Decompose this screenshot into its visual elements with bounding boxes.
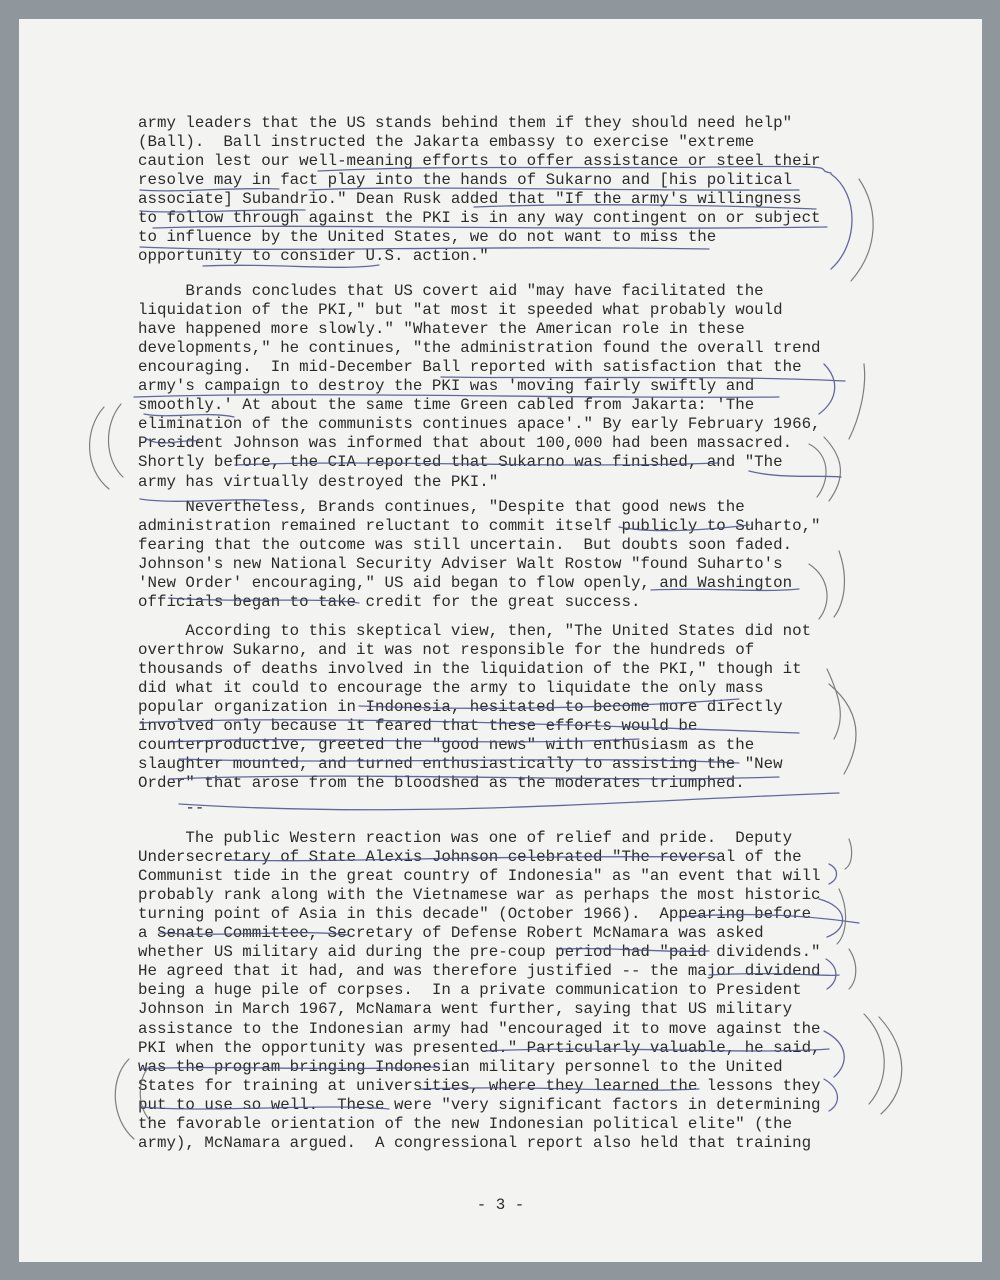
text-line: thousands of deaths involved in the liqu… [138, 660, 802, 679]
text-line: the favorable orientation of the new Ind… [138, 1115, 792, 1134]
text-line: Johnson in March 1967, McNamara went fur… [138, 1000, 792, 1019]
text-line: fearing that the outcome was still uncer… [138, 536, 792, 555]
text-line: army), McNamara argued. A congressional … [138, 1134, 811, 1153]
text-line: did what it could to encourage the army … [138, 679, 764, 698]
text-line: have happened more slowly." "Whatever th… [138, 320, 745, 339]
text-line: According to this skeptical view, then, … [138, 622, 811, 641]
text-line: to follow through against the PKI is in … [138, 209, 821, 228]
text-line: army has virtually destroyed the PKI." [138, 473, 498, 492]
text-line: being a huge pile of corpses. In a priva… [138, 981, 802, 1000]
text-line: turning point of Asia in this decade" (O… [138, 905, 811, 924]
text-line: Johnson's new National Security Adviser … [138, 555, 783, 574]
text-line: administration remained reluctant to com… [138, 517, 821, 536]
section-separator: -- [138, 799, 204, 818]
text-line: He agreed that it had, and was therefore… [138, 962, 821, 981]
text-line: popular organization in Indonesia, hesit… [138, 698, 783, 717]
text-line: encouraging. In mid-December Ball report… [138, 358, 802, 377]
text-line: States for training at universities, whe… [138, 1077, 821, 1096]
text-line: Communist tide in the great country of I… [138, 867, 821, 886]
text-line: officials began to take credit for the g… [138, 593, 640, 612]
text-line: Undersecretary of State Alexis Johnson c… [138, 848, 802, 867]
text-line: put to use so well. These were "very sig… [138, 1096, 821, 1115]
text-line: overthrow Sukarno, and it was not respon… [138, 641, 754, 660]
text-line: caution lest our well-meaning efforts to… [138, 152, 821, 171]
text-line: Brands concludes that US covert aid "may… [138, 282, 764, 301]
text-line: President Johnson was informed that abou… [138, 434, 792, 453]
text-line: resolve may in fact play into the hands … [138, 171, 792, 190]
text-line: to influence by the United States, we do… [138, 228, 716, 247]
text-line: involved only because it feared that the… [138, 717, 697, 736]
text-line: Shortly before, the CIA reported that Su… [138, 453, 783, 472]
text-line: 'New Order' encouraging," US aid began t… [138, 574, 792, 593]
text-line: a Senate Committee, Secretary of Defense… [138, 924, 764, 943]
text-line: slaughter mounted, and turned enthusiast… [138, 755, 783, 774]
text-line: smoothly.' At about the same time Green … [138, 396, 754, 415]
document-page: army leaders that the US stands behind t… [19, 19, 982, 1262]
text-line: Order" that arose from the bloodshed as … [138, 774, 745, 793]
text-line: counterproductive, greeted the "good new… [138, 736, 754, 755]
text-line: liquidation of the PKI," but "at most it… [138, 301, 783, 320]
text-line: associate] Subandrio." Dean Rusk added t… [138, 190, 802, 209]
text-line: developments," he continues, "the admini… [138, 339, 821, 358]
text-line: (Ball). Ball instructed the Jakarta emba… [138, 133, 754, 152]
page-number: - 3 - [19, 1196, 982, 1214]
text-line: elimination of the communists continues … [138, 415, 821, 434]
text-line: whether US military aid during the pre-c… [138, 943, 821, 962]
text-line: was the program bringing Indonesian mili… [138, 1058, 783, 1077]
text-line: assistance to the Indonesian army had "e… [138, 1020, 821, 1039]
text-line: The public Western reaction was one of r… [138, 829, 792, 848]
text-line: army's campaign to destroy the PKI was '… [138, 377, 754, 396]
text-line: probably rank along with the Vietnamese … [138, 886, 821, 905]
text-line: army leaders that the US stands behind t… [138, 114, 792, 133]
text-line: Nevertheless, Brands continues, "Despite… [138, 498, 745, 517]
text-line: PKI when the opportunity was presented."… [138, 1039, 821, 1058]
text-line: opportunity to consider U.S. action." [138, 247, 489, 266]
